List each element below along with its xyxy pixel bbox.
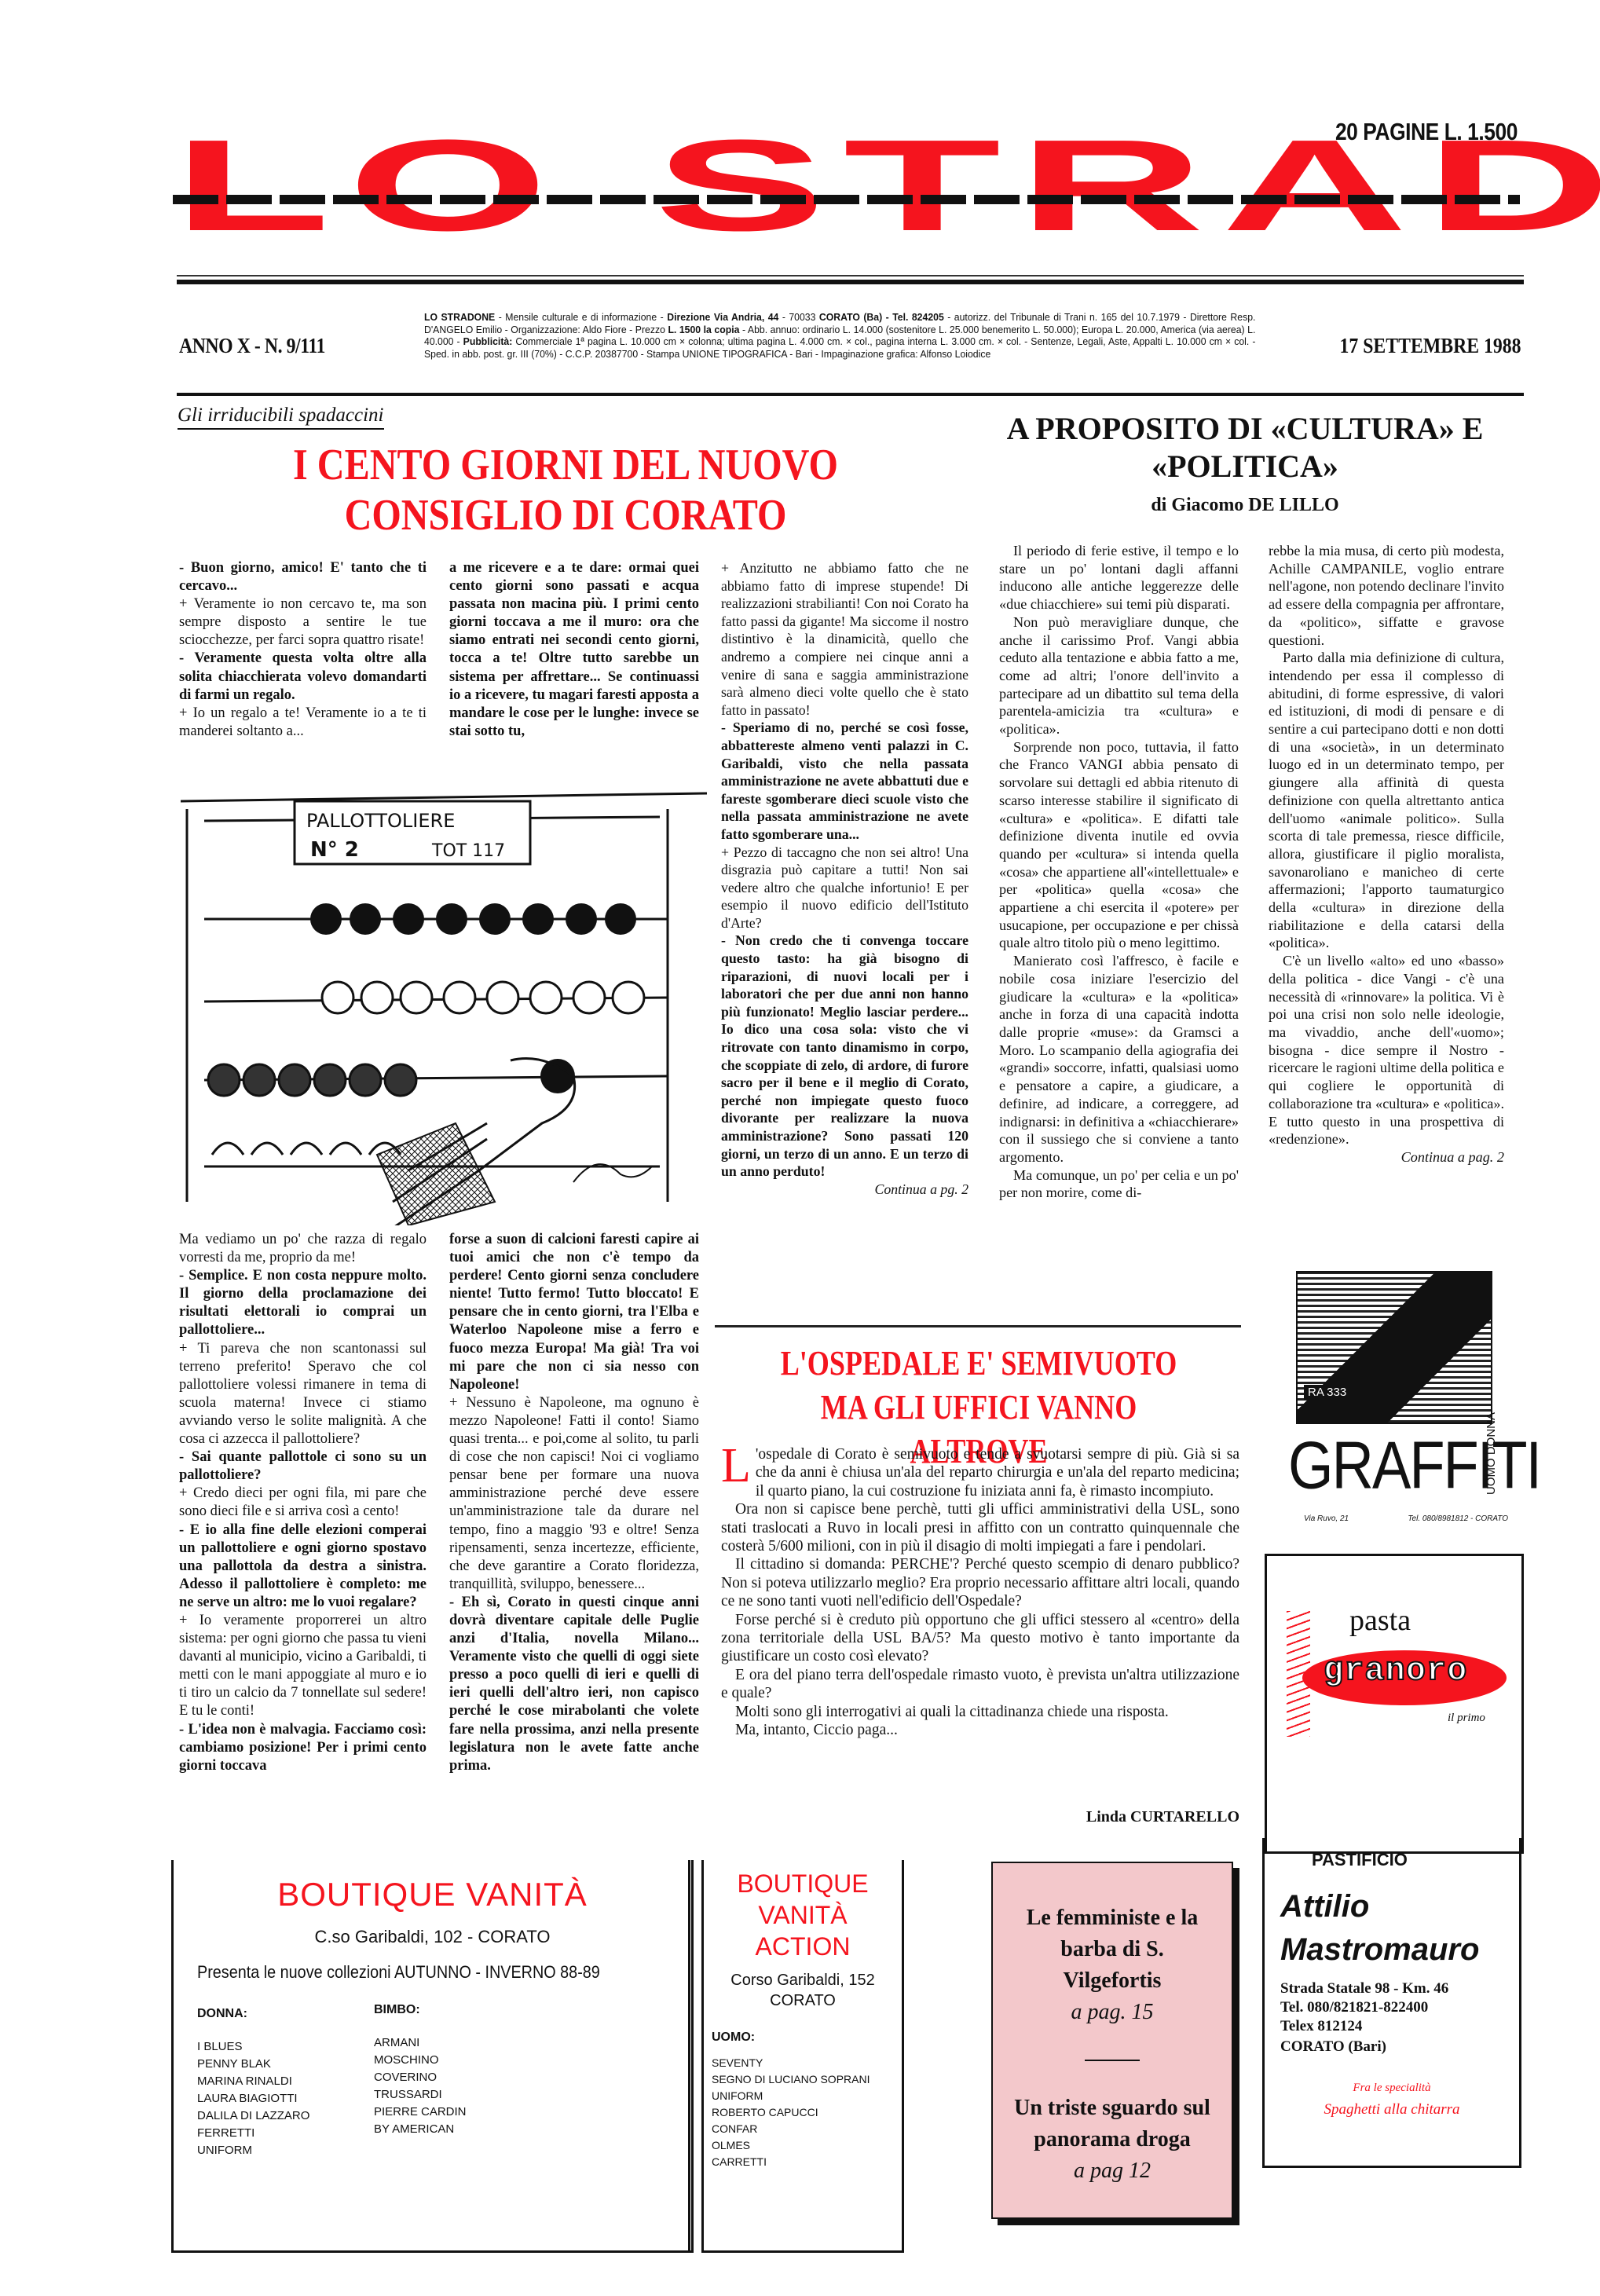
imprint-ads: Pubblicità: <box>463 336 513 347</box>
drop-cap: L <box>721 1447 751 1485</box>
ad-title: BOUTIQUE VANITÀ <box>174 1876 691 1913</box>
article-column: Il periodo di ferie estive, il tempo e l… <box>999 542 1239 1202</box>
ad-title-line: ACTION <box>704 1931 902 1962</box>
paragraph: + Veramente io non cercavo te, ma son se… <box>179 595 427 650</box>
paragraph: Manierato così l'affresco, è facile e no… <box>999 952 1239 1166</box>
brand-item: PIERRE CARDIN <box>374 2104 467 2121</box>
paragraph: Forse perché si è creduto più opportuno … <box>721 1611 1239 1666</box>
brand-heading: UOMO: <box>712 2029 870 2045</box>
name-line: Mastromauro <box>1280 1928 1479 1972</box>
article-column: rebbe la mia musa, di certo più modesta,… <box>1269 542 1504 1166</box>
dialogue-line: + Anzitutto ne abbiamo fatto che ne abbi… <box>721 560 968 718</box>
article-column: Ma vediamo un po' che razza di regalo vo… <box>179 1231 427 1775</box>
imprint-text: - 70033 <box>778 312 819 323</box>
granoro-slogan: il primo <box>1448 1712 1485 1725</box>
paragraph: forse a suon di calcioni faresti capire … <box>449 1231 699 1394</box>
address-line: Corso Garibaldi, 152 <box>704 1970 902 1990</box>
dialogue-line: forse a suon di calcioni faresti capire … <box>449 1232 699 1393</box>
paragraph: + Anzitutto ne abbiamo fatto che ne abbi… <box>721 559 968 719</box>
article-column: forse a suon di calcioni faresti capire … <box>449 1231 699 1775</box>
paragraph: a me ricevere e a te dare: ormai quei ce… <box>449 559 699 741</box>
paragraph: + Ti pareva che non scantonassi sul terr… <box>179 1340 427 1449</box>
cartoon-sign: TOT 117 <box>431 841 505 861</box>
brand-item: SEVENTY <box>712 2055 870 2071</box>
abacus-cartoon: PALLOTTOLIERE N° 2 TOT 117 <box>173 778 715 1225</box>
dialogue-line: + Pezzo di taccagno che non sei altro! U… <box>721 844 968 931</box>
imprint-text: Commerciale 1ª pagina L. 10.000 cm × col… <box>424 336 1255 360</box>
ad-address: Corso Garibaldi, 152 CORATO <box>704 1970 902 2011</box>
article-column: a me ricevere e a te dare: ormai quei ce… <box>449 559 699 741</box>
divider <box>688 1860 690 2253</box>
teaser-title[interactable]: Le femministe e la barba di S. Vilgefort… <box>993 1902 1232 1997</box>
ad-specialty: Spaghetti alla chitarra <box>1265 2101 1519 2118</box>
license-plate: RA 333 <box>1304 1385 1350 1400</box>
ad-city: CORATO (Bari) <box>1280 2038 1386 2056</box>
teaser-box[interactable]: Le femministe e la barba di S. Vilgefort… <box>991 1862 1233 2219</box>
boutique-vanita-ad: BOUTIQUE VANITÀ C.so Garibaldi, 102 - CO… <box>171 1860 694 2253</box>
ad-title-line: VANITÀ <box>704 1899 902 1931</box>
paragraph: - Sai quante pallottole ci sono su un pa… <box>179 1448 427 1485</box>
brand-item: ROBERTO CAPUCCI <box>712 2104 870 2121</box>
ad-tagline: Presenta le nuove collezioni AUTUNNO - I… <box>197 1962 600 1983</box>
paragraph: Sorprende non poco, tuttavia, il fatto c… <box>999 738 1239 952</box>
brand-heading: BIMBO: <box>374 2001 467 2019</box>
divider <box>177 393 1524 396</box>
graffiti-address: Via Ruvo, 21 Tel. 080/8981812 - CORATO <box>1304 1514 1508 1523</box>
granoro-logo: granoro <box>1324 1652 1467 1690</box>
imprint-direzione: Direzione Via Andria, 44 <box>667 312 778 323</box>
article-column: + Anzitutto ne abbiamo fatto che ne abbi… <box>721 559 968 1198</box>
cartoon-sign: PALLOTTOLIERE <box>306 810 455 832</box>
paragraph: - Non credo che ti convenga toccare ques… <box>721 932 968 1180</box>
brand-item: BY AMERICAN <box>374 2121 467 2138</box>
dialogue-line: + Io un regalo a te! Veramente io a te t… <box>179 705 427 739</box>
graffiti-tagline: UOMO DONNA <box>1485 1412 1498 1495</box>
brand-item: COVERINO <box>374 2069 467 2086</box>
paragraph: Il cittadino si domanda: PERCHE'? Perché… <box>721 1555 1239 1610</box>
granoro-ad: pasta granoro il primo <box>1265 1554 1524 1854</box>
dialogue-line: - Veramente questa volta oltre alla soli… <box>179 650 427 702</box>
address-line: CORATO <box>704 1990 902 2011</box>
divider <box>177 280 1524 284</box>
abacus-icon: PALLOTTOLIERE N° 2 TOT 117 <box>173 778 715 1225</box>
ad-title-line: BOUTIQUE <box>704 1868 902 1899</box>
brand-item: CONFAR <box>712 2121 870 2137</box>
article-headline: I CENTO GIORNI DEL NUOVO CONSIGLIO DI CO… <box>228 440 903 540</box>
paragraph: Ma, intanto, Ciccio paga... <box>721 1721 1239 1739</box>
dialogue-line: - Speriamo di no, perché se così fosse, … <box>721 720 968 842</box>
newspaper-logo: LO STRADONE <box>173 148 1520 258</box>
divider <box>715 1325 1241 1327</box>
brand-item: MOSCHINO <box>374 2052 467 2069</box>
teaser-page: a pag. 15 <box>993 1997 1232 2028</box>
paragraph: Ora non si capisce bene perchè, tutti gl… <box>721 1500 1239 1555</box>
issue-number: ANNO X - N. 9/111 <box>179 334 325 358</box>
teaser-title[interactable]: Un triste sguardo sul panorama droga <box>993 2093 1232 2155</box>
brand-item: ARMANI <box>374 2034 467 2052</box>
dialogue-line: + Credo dieci per ogni fila, mi pare che… <box>179 1485 427 1519</box>
brand-item: PENNY BLAK <box>197 2056 309 2073</box>
ad-contact: Strada Statale 98 - Km. 46 Tel. 080/8218… <box>1280 1979 1448 2036</box>
paragraph: - Buon giorno, amico! E' tanto che ti ce… <box>179 559 427 595</box>
paragraph: + Credo dieci per ogni fila, mi pare che… <box>179 1485 427 1521</box>
article-body: L'ospedale di Corato è semivuoto e tende… <box>721 1445 1239 1740</box>
dialogue-line: a me ricevere e a te dare: ormai quei ce… <box>449 560 699 739</box>
paragraph: + Nessuno è Napoleone, ma ognuno è mezzo… <box>449 1394 699 1594</box>
teaser-page: a pag 12 <box>993 2155 1232 2187</box>
phone-line: Tel. 080/821821-822400 <box>1280 1998 1448 2017</box>
dialogue-line: + Ti pareva che non scantonassi sul terr… <box>179 1341 427 1447</box>
paragraph: Il periodo di ferie estive, il tempo e l… <box>999 542 1239 613</box>
paragraph: C'è un livello «alto» ed uno «basso» del… <box>1269 952 1504 1148</box>
ad-company-name: Attilio Mastromauro <box>1280 1885 1479 1972</box>
telex-line: Telex 812124 <box>1280 2017 1448 2036</box>
paragraph: Non può meravigliare dunque, che anche i… <box>999 613 1239 738</box>
boutique-action-ad: BOUTIQUE VANITÀ ACTION Corso Garibaldi, … <box>701 1860 904 2253</box>
brand-item: MARINA RINALDI <box>197 2073 309 2090</box>
brand-item: FERRETTI <box>197 2125 309 2142</box>
dialogue-line: - L'idea non è malvagia. Facciamo così: … <box>179 1722 427 1774</box>
article-column: - Buon giorno, amico! E' tanto che ti ce… <box>179 559 427 741</box>
address-line: Strada Statale 98 - Km. 46 <box>1280 1979 1448 1998</box>
paragraph: Molti sono gli interrogativi ai quali la… <box>721 1703 1239 1721</box>
dialogue-line: Ma vediamo un po' che razza di regalo vo… <box>179 1232 427 1265</box>
dialogue-line: - E io alla fine delle elezioni comperai… <box>179 1522 427 1610</box>
imprint-text: - Mensile culturale e di informazione - <box>495 312 667 323</box>
paragraph: - E io alla fine delle elezioni comperai… <box>179 1522 427 1612</box>
paragraph: + Io veramente proporrerei un altro sist… <box>179 1612 427 1721</box>
ad-title: BOUTIQUE VANITÀ ACTION <box>704 1868 902 1962</box>
brand-list-donna: DONNA: I BLUES PENNY BLAK MARINA RINALDI… <box>197 2005 309 2159</box>
dialogue-line: + Nessuno è Napoleone, ma ognuno è mezzo… <box>449 1395 699 1592</box>
brand-item: CARRETTI <box>712 2154 870 2170</box>
article-headline: A PROPOSITO DI «CULTURA» E «POLITICA» <box>994 410 1496 485</box>
headline-line: L'OSPEDALE E' SEMIVUOTO <box>763 1342 1194 1386</box>
brand-heading: DONNA: <box>197 2005 309 2023</box>
paragraph: Parto dalla mia definizione di cultura, … <box>1269 649 1504 952</box>
divider <box>177 275 1524 276</box>
graffiti-ad: RA 333 GRAFFITI UOMO DONNA Via Ruvo, 21 … <box>1288 1271 1508 1530</box>
dialogue-line: - Semplice. E non costa neppure molto. I… <box>179 1268 427 1338</box>
granoro-pasta: pasta <box>1349 1603 1411 1638</box>
ad-address: C.so Garibaldi, 102 - CORATO <box>174 1927 691 1947</box>
dialogue-line: - Sai quante pallottole ci sono su un pa… <box>179 1449 427 1483</box>
ad-specialty-label: Fra le specialità <box>1265 2082 1519 2095</box>
imprint-name: LO STRADONE <box>424 312 495 323</box>
brand-list-uomo: UOMO: SEVENTY SEGNO DI LUCIANO SOPRANI U… <box>712 2029 870 2170</box>
brand-item: I BLUES <box>197 2038 309 2056</box>
imprint-city: CORATO (Ba) - Tel. 824205 <box>819 312 944 323</box>
dialogue-line: + Io veramente proporrerei un altro sist… <box>179 1613 427 1719</box>
paragraph: Ma comunque, un po' per celia e un po' p… <box>999 1166 1239 1202</box>
dialogue-line: - Buon giorno, amico! E' tanto che ti ce… <box>179 560 427 594</box>
paragraph: + Pezzo di taccagno che non sei altro! U… <box>721 844 968 932</box>
ad-heading: PASTIFICIO <box>1312 1850 1408 1870</box>
brand-item: LAURA BIAGIOTTI <box>197 2090 309 2107</box>
brand-item: TRUSSARDI <box>374 2086 467 2104</box>
graffiti-logo: GRAFFITI <box>1288 1432 1540 1499</box>
paragraph: - Veramente questa volta oltre alla soli… <box>179 650 427 704</box>
paragraph: L'ospedale di Corato è semivuoto e tende… <box>721 1445 1239 1500</box>
dialogue-line: + Veramente io non cercavo te, ma son se… <box>179 596 427 648</box>
brand-item: UNIFORM <box>712 2088 870 2104</box>
article-signature: Linda CURTARELLO <box>998 1808 1239 1826</box>
continue-link[interactable]: Continua a pg. 2 <box>721 1181 968 1199</box>
paragraph: - Speriamo di no, perché se così fosse, … <box>721 719 968 843</box>
name-line: Attilio <box>1280 1885 1479 1928</box>
brand-item: SEGNO DI LUCIANO SOPRANI <box>712 2071 870 2088</box>
article-kicker: Gli irriducibili spadaccini <box>178 405 384 430</box>
paragraph: rebbe la mia musa, di certo più modesta,… <box>1269 542 1504 649</box>
brand-item: OLMES <box>712 2137 870 2154</box>
logo-stripe <box>173 195 1520 204</box>
dialogue-line: - Non credo che ti convenga toccare ques… <box>721 932 968 1179</box>
paragraph: E ora del piano terra dell'ospedale rima… <box>721 1666 1239 1703</box>
article-byline: di Giacomo DE LILLO <box>994 495 1496 516</box>
phone: Tel. 080/8981812 - CORATO <box>1408 1514 1508 1523</box>
brand-list-bimbo: BIMBO: ARMANI MOSCHINO COVERINO TRUSSARD… <box>374 2001 467 2138</box>
cartoon-sign: N° 2 <box>310 838 359 862</box>
imprint-price: L. 1500 la copia <box>668 324 739 335</box>
paragraph: + Io un regalo a te! Veramente io a te t… <box>179 705 427 741</box>
paragraph: - Eh sì, Corato in questi cinque anni do… <box>449 1594 699 1775</box>
address: Via Ruvo, 21 <box>1304 1514 1349 1523</box>
pastificio-ad: PASTIFICIO Attilio Mastromauro Strada St… <box>1262 1838 1521 2168</box>
continue-link[interactable]: Continua a pag. 2 <box>1269 1148 1504 1166</box>
issue-date: 17 SETTEMBRE 1988 <box>1340 334 1521 358</box>
brand-item: DALILA DI LAZZARO <box>197 2107 309 2125</box>
dialogue-line: - Eh sì, Corato in questi cinque anni do… <box>449 1595 699 1774</box>
divider <box>1085 2060 1140 2061</box>
paragraph: Ma vediamo un po' che razza di regalo vo… <box>179 1231 427 1267</box>
brand-item: UNIFORM <box>197 2142 309 2159</box>
paragraph: - L'idea non è malvagia. Facciamo così: … <box>179 1721 427 1775</box>
car-couple-illustration <box>1296 1271 1492 1424</box>
paragraph: - Semplice. E non costa neppure molto. I… <box>179 1267 427 1339</box>
logo-text: LO STRADONE <box>173 124 1600 247</box>
paragraph-text: 'ospedale di Corato è semivuoto e tende … <box>756 1446 1239 1500</box>
imprint: LO STRADONE - Mensile culturale e di inf… <box>424 312 1255 361</box>
